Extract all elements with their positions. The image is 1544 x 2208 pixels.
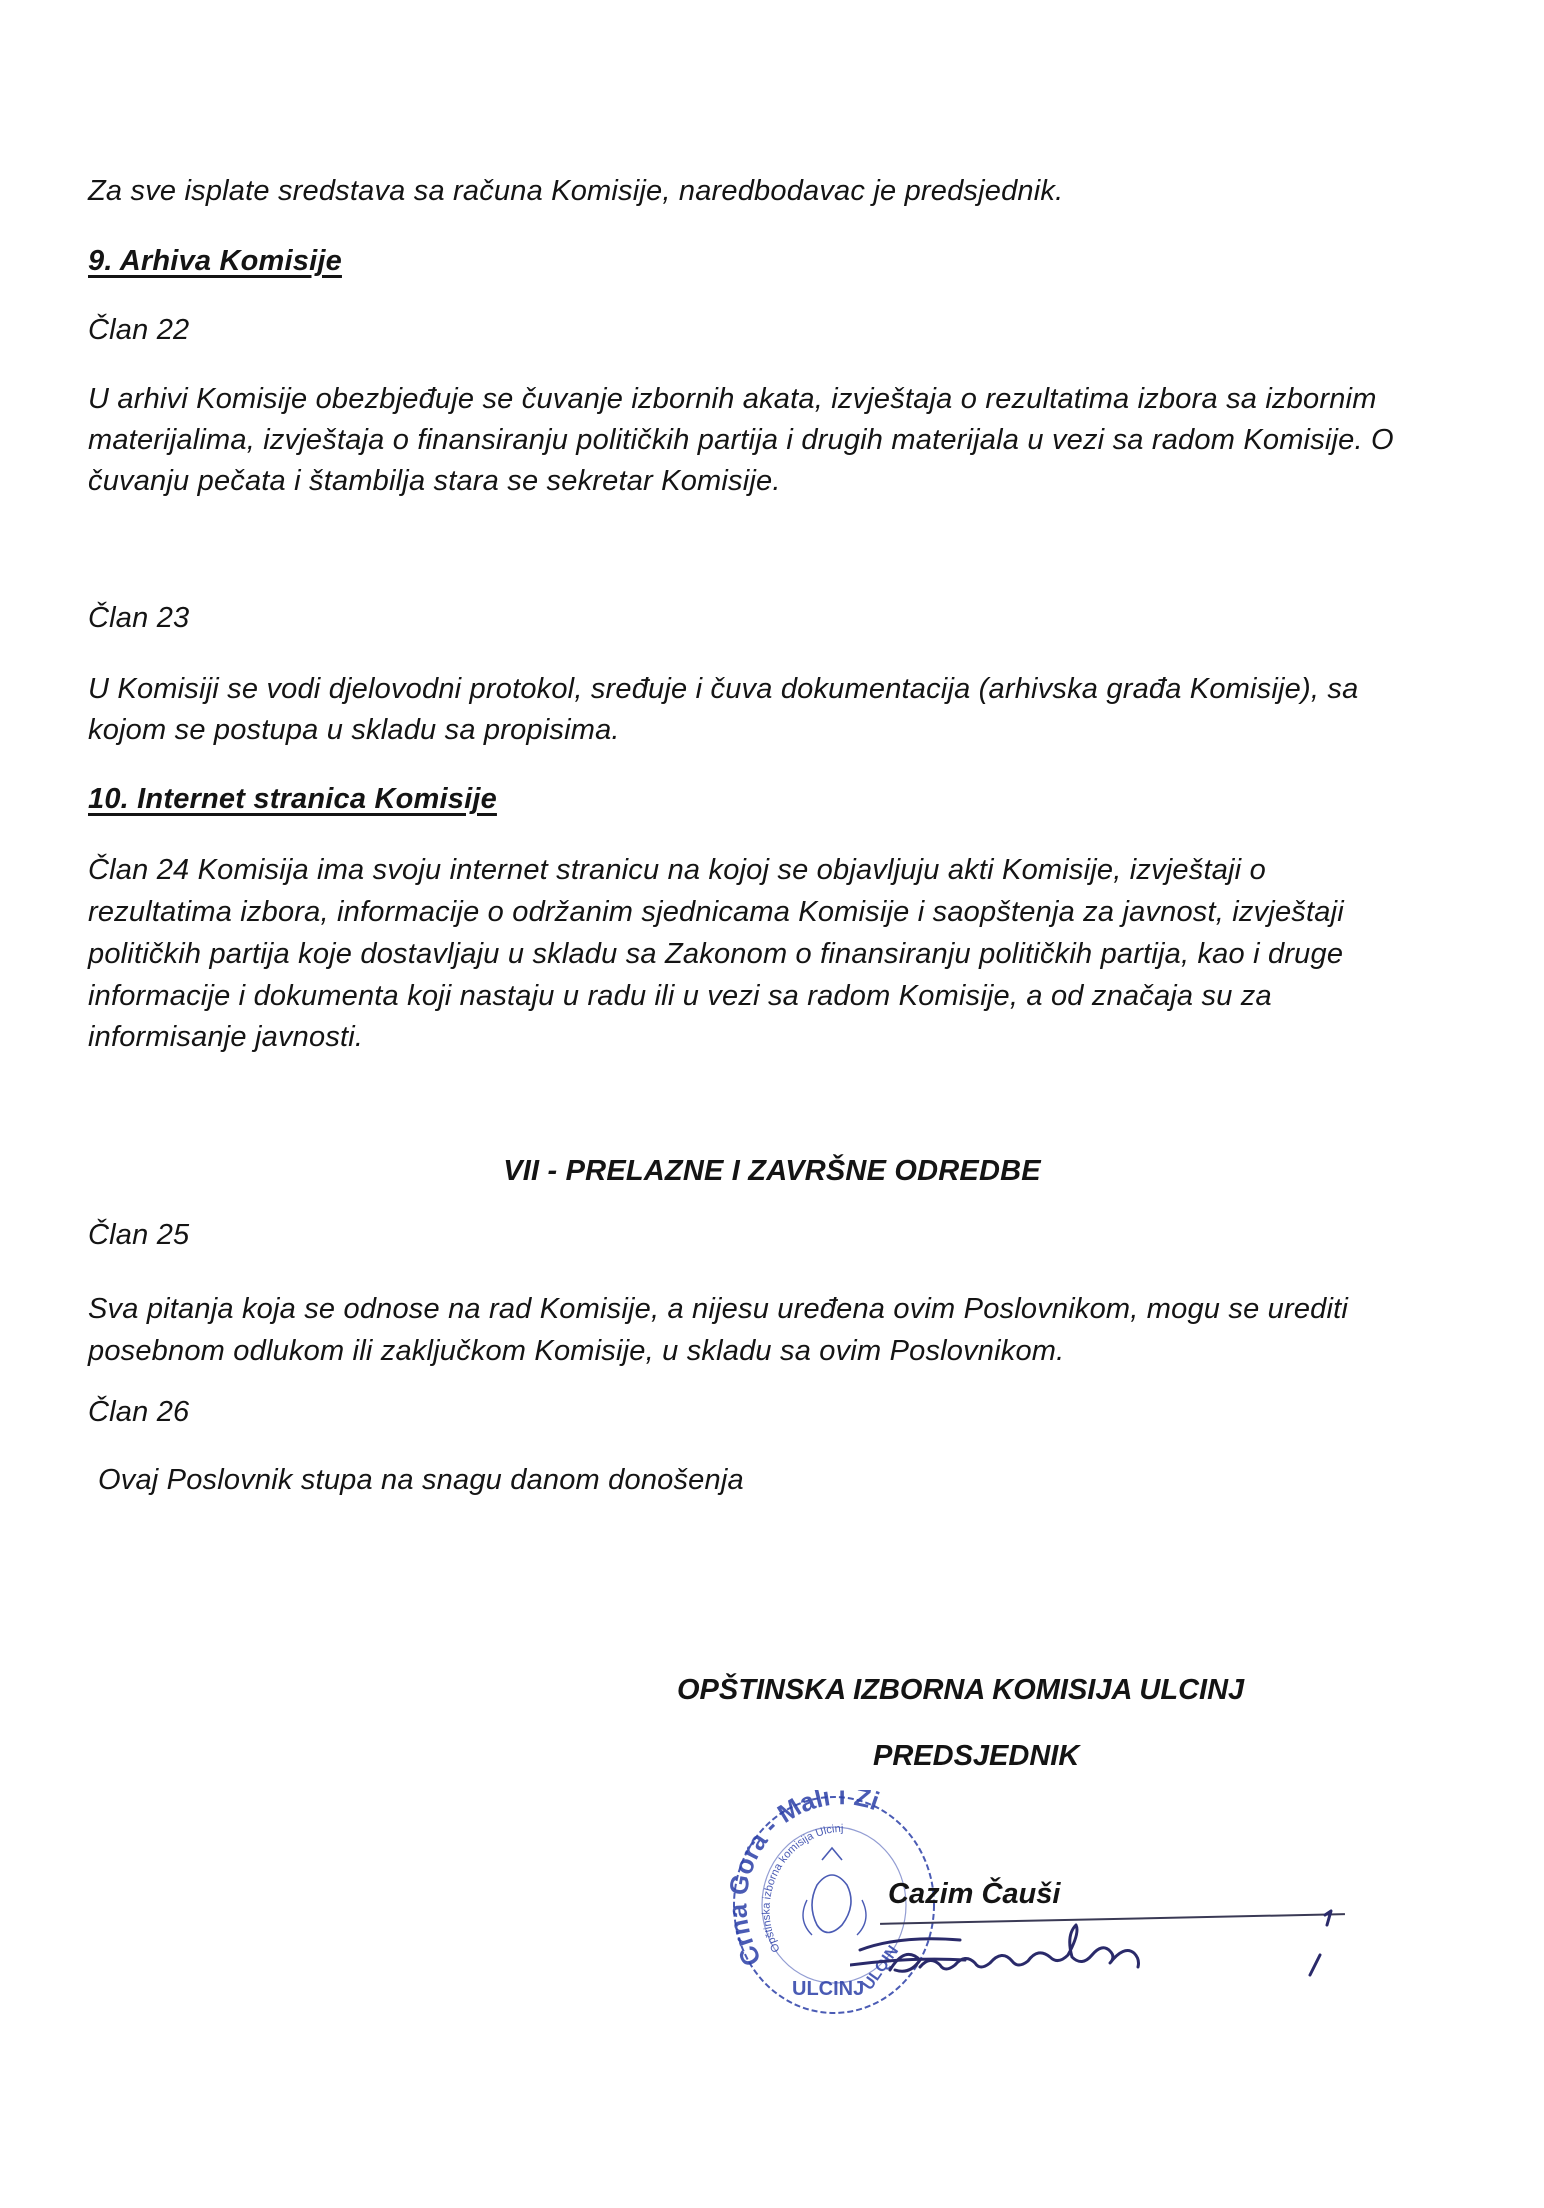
section-heading-archive: 9. Arhiva Komisije: [88, 240, 342, 282]
handwritten-signature-icon: [850, 1905, 1350, 1995]
intro-line: Za sve isplate sredstava sa računa Komis…: [88, 170, 1063, 212]
section-heading-internet: 10. Internet stranica Komisije: [88, 778, 497, 820]
signature-title: PREDSJEDNIK: [873, 1740, 1079, 1773]
article-22-line-2: materijalima, izvještaja o finansiranju …: [88, 419, 1394, 461]
chapter-heading: VII - PRELAZNE I ZAVRŠNE ODREDBE: [0, 1150, 1544, 1192]
article-24-line-2: rezultatima izbora, informacije o održan…: [88, 891, 1344, 933]
article-label-23: Član 23: [88, 597, 189, 639]
article-26-line-1: Ovaj Poslovnik stupa na snagu danom dono…: [98, 1459, 744, 1501]
article-label-25: Član 25: [88, 1214, 189, 1256]
article-25-line-2: posebnom odlukom ili zaključkom Komisije…: [88, 1330, 1064, 1372]
article-23-line-1: U Komisiji se vodi djelovodni protokol, …: [88, 668, 1358, 710]
article-label-26: Član 26: [88, 1391, 189, 1433]
signature-organization: OPŠTINSKA IZBORNA KOMISIJA ULCINJ: [677, 1674, 1244, 1707]
article-24-line-1: Član 24 Komisija ima svoju internet stra…: [88, 849, 1266, 891]
article-24-line-3: političkih partija koje dostavljaju u sk…: [88, 933, 1343, 975]
article-label-22: Član 22: [88, 309, 189, 351]
article-22-line-3: čuvanju pečata i štambilja stara se sekr…: [88, 460, 781, 502]
article-23-line-2: kojom se postupa u skladu sa propisima.: [88, 709, 620, 751]
article-24-line-5: informisanje javnosti.: [88, 1016, 363, 1058]
article-25-line-1: Sva pitanja koja se odnose na rad Komisi…: [88, 1288, 1348, 1330]
article-22-line-1: U arhivi Komisije obezbjeđuje se čuvanje…: [88, 378, 1377, 420]
article-24-line-4: informacije i dokumenta koji nastaju u r…: [88, 975, 1272, 1017]
